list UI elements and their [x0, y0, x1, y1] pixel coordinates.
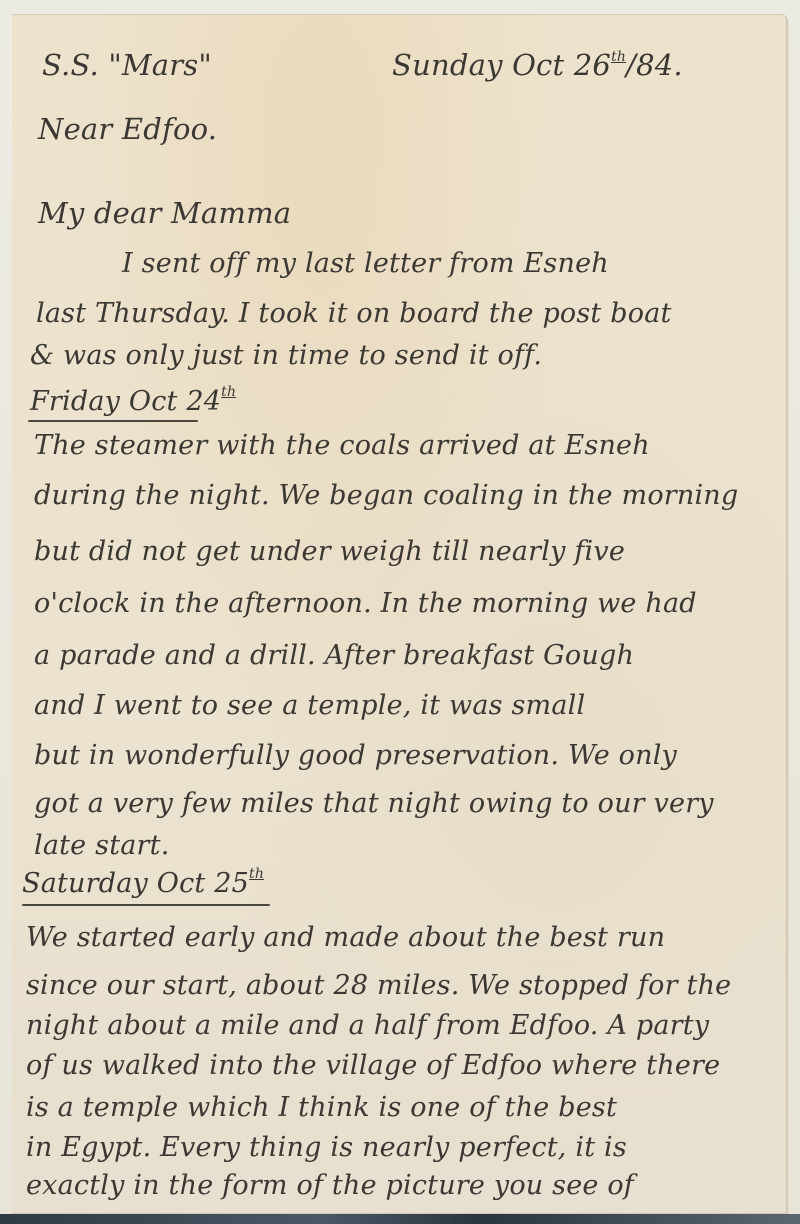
heading-suffix: th [221, 384, 236, 400]
section-line: of us walked into the village of Edfoo w… [26, 1050, 720, 1081]
date-year: /84. [626, 48, 683, 82]
section-line: is a temple which I think is one of the … [26, 1092, 617, 1123]
heading-text: Friday Oct 24 [30, 386, 221, 417]
paragraph-line: & was only just in time to send it off. [30, 340, 542, 371]
section-line: and I went to see a temple, it was small [34, 690, 585, 721]
date-day: Sunday Oct 26 [392, 48, 611, 82]
section-heading-friday: Friday Oct 24th [30, 384, 236, 417]
section-line: o'clock in the afternoon. In the morning… [34, 588, 697, 619]
ship-name: S.S. "Mars" [42, 48, 212, 82]
letter-date: Sunday Oct 26th/84. [392, 48, 683, 82]
paragraph-line: last Thursday. I took it on board the po… [36, 298, 672, 329]
section-line: The steamer with the coals arrived at Es… [34, 430, 650, 461]
section-line: night about a mile and a half from Edfoo… [26, 1010, 709, 1041]
scan-bottom-edge [0, 1214, 800, 1224]
section-heading-saturday: Saturday Oct 25th [22, 866, 264, 899]
heading-suffix: th [249, 866, 264, 882]
section-line: during the night. We began coaling in th… [34, 480, 738, 511]
section-line: exactly in the form of the picture you s… [26, 1170, 634, 1201]
section-line: but did not get under weigh till nearly … [34, 536, 625, 567]
section-line: but in wonderfully good preservation. We… [34, 740, 677, 771]
section-line: a parade and a drill. After breakfast Go… [34, 640, 634, 671]
section-line: since our start, about 28 miles. We stop… [26, 970, 731, 1001]
heading-text: Saturday Oct 25 [22, 868, 249, 899]
heading-underline [22, 904, 270, 906]
letter-location: Near Edfoo. [38, 112, 217, 146]
section-line: in Egypt. Every thing is nearly perfect,… [26, 1132, 627, 1163]
paragraph-line: I sent off my last letter from Esneh [122, 248, 609, 279]
date-suffix: th [611, 49, 626, 65]
heading-underline [28, 420, 198, 422]
salutation: My dear Mamma [38, 196, 291, 230]
section-line: late start. [34, 830, 170, 861]
section-line: got a very few miles that night owing to… [34, 788, 714, 819]
section-line: We started early and made about the best… [26, 922, 665, 953]
